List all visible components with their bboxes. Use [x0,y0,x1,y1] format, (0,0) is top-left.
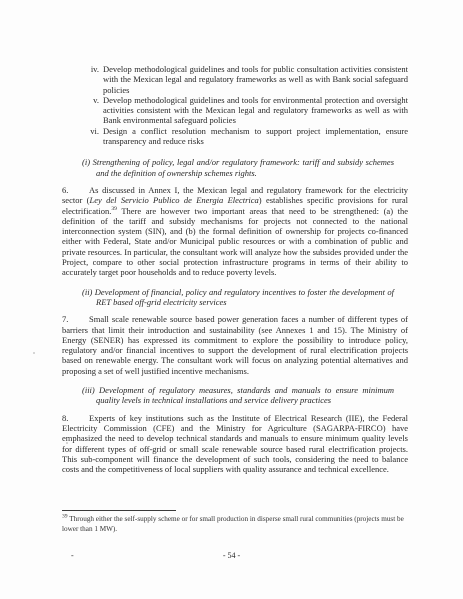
page-footer: - - 54 - [0,551,463,563]
paragraph-8: 8.Experts of key institutions such as th… [62,413,408,475]
footnote-39: 39 Through either the self-supply scheme… [62,515,408,534]
paragraph-number: 6. [62,185,89,195]
list-marker: vi. [62,126,99,136]
document-page: iv.Develop methodological guidelines and… [0,0,463,599]
list-marker: iv. [62,64,99,74]
list-marker: v. [62,95,99,105]
list-item-text: Design a conflict resolution mechanism t… [103,126,408,146]
footnote-area: 39 Through either the self-supply scheme… [62,510,408,534]
page-content: iv.Develop methodological guidelines and… [62,64,408,474]
paragraph-text: Experts of key institutions such as the … [62,413,408,474]
paragraph-number: 8. [62,413,89,423]
paragraph-number: 7. [62,314,89,324]
list-item-v: v.Develop methodological guidelines and … [62,95,408,126]
subheading-i: (i) Strengthening of policy, legal and/o… [62,157,408,178]
paragraph-text: There are however two important areas th… [62,206,408,278]
footnote-separator-rule [62,510,176,511]
roman-numeral-list: iv.Develop methodological guidelines and… [62,64,408,146]
scan-artifact-speck [66,442,68,444]
subheading-ii: (ii) Development of financial, policy an… [62,287,408,308]
paragraph-text: Small scale renewable source based power… [62,314,408,375]
page-number: - 54 - [0,551,463,560]
subheading-iii: (iii) Development of regulatory measures… [62,385,408,406]
list-item-text: Develop methodological guidelines and to… [103,64,408,95]
scan-artifact-speck [33,352,35,354]
law-title-italic: Ley del Servicio Publico de Energia Elec… [89,195,258,205]
list-item-text: Develop methodological guidelines and to… [103,95,408,126]
list-item-vi: vi.Design a conflict resolution mechanis… [62,126,408,147]
list-item-iv: iv.Develop methodological guidelines and… [62,64,408,95]
paragraph-6: 6.As discussed in Annex I, the Mexican l… [62,185,408,278]
paragraph-7: 7.Small scale renewable source based pow… [62,314,408,376]
footnote-text: Through either the self-supply scheme or… [62,515,404,533]
